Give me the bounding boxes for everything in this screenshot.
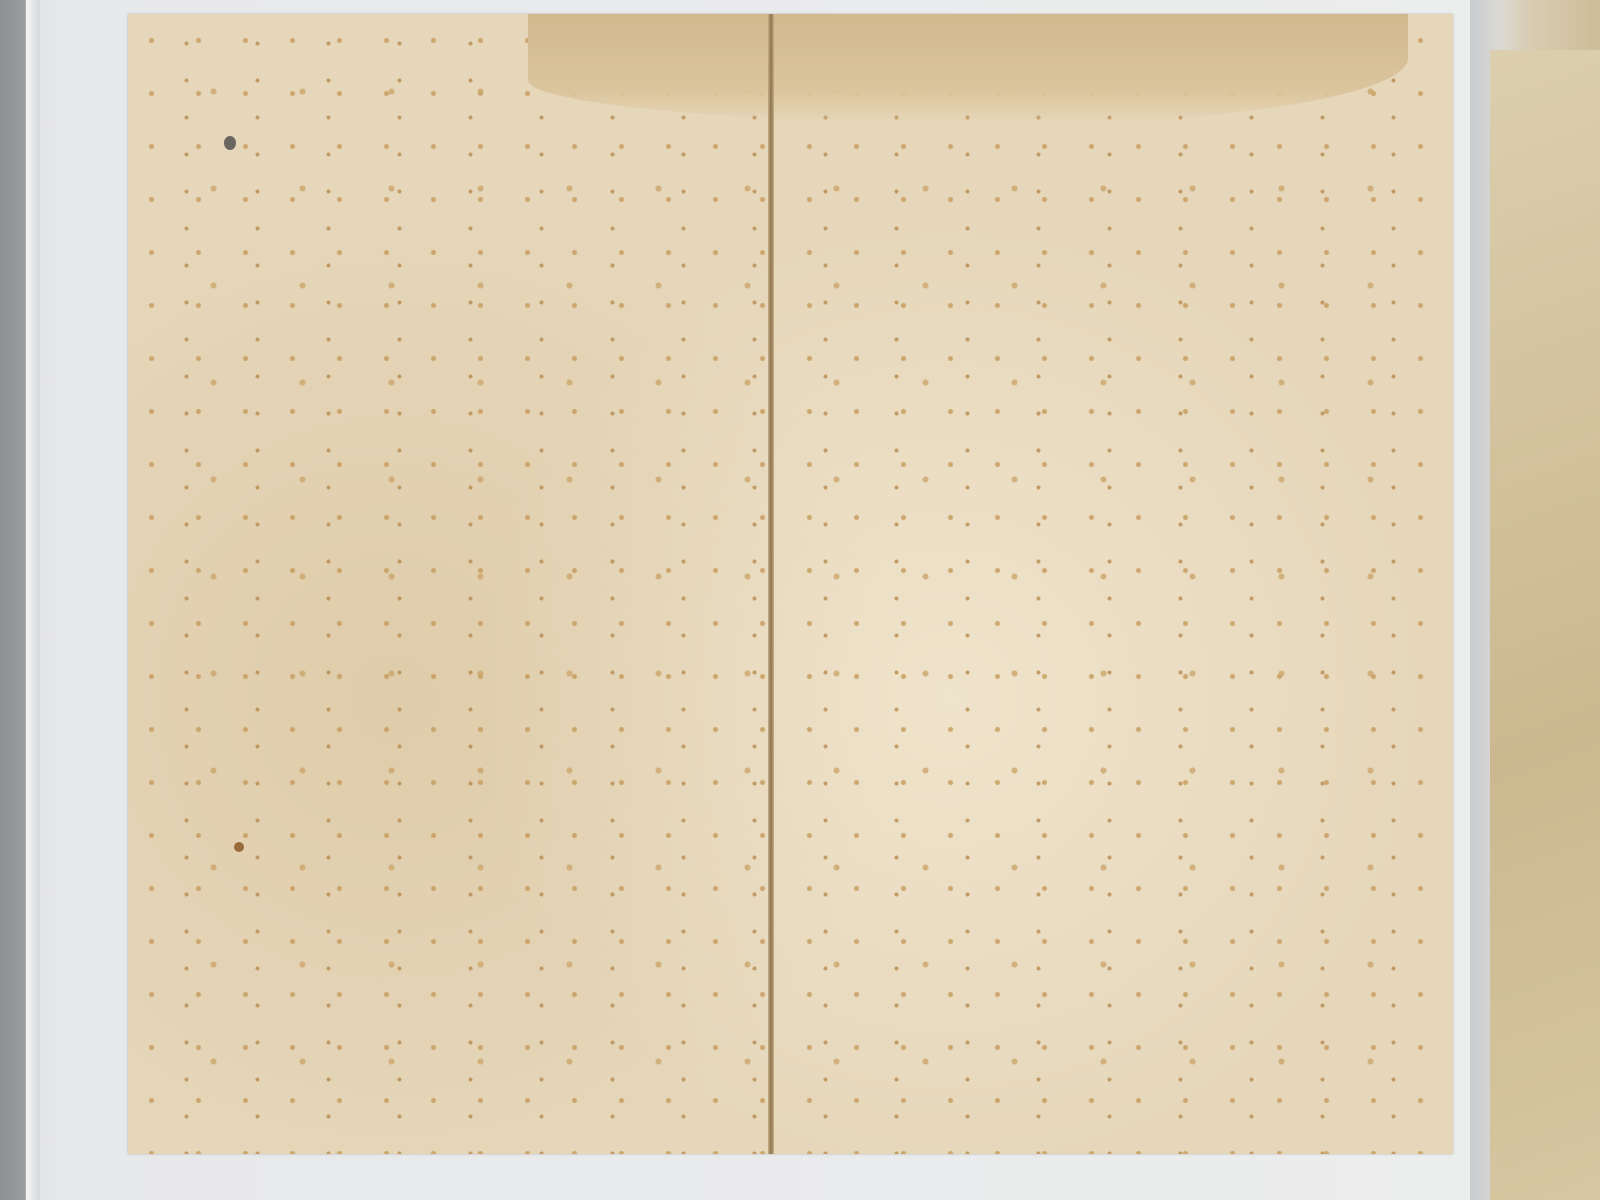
- hole-top-left: [224, 136, 236, 150]
- paper-sheet: [128, 14, 1453, 1154]
- stain-bottom-left: [234, 842, 244, 852]
- adjacent-paper-sheet: [1490, 50, 1600, 1200]
- center-fold: [768, 14, 774, 1154]
- foxing-spots: [128, 14, 1453, 1154]
- board-edge: [26, 0, 40, 1200]
